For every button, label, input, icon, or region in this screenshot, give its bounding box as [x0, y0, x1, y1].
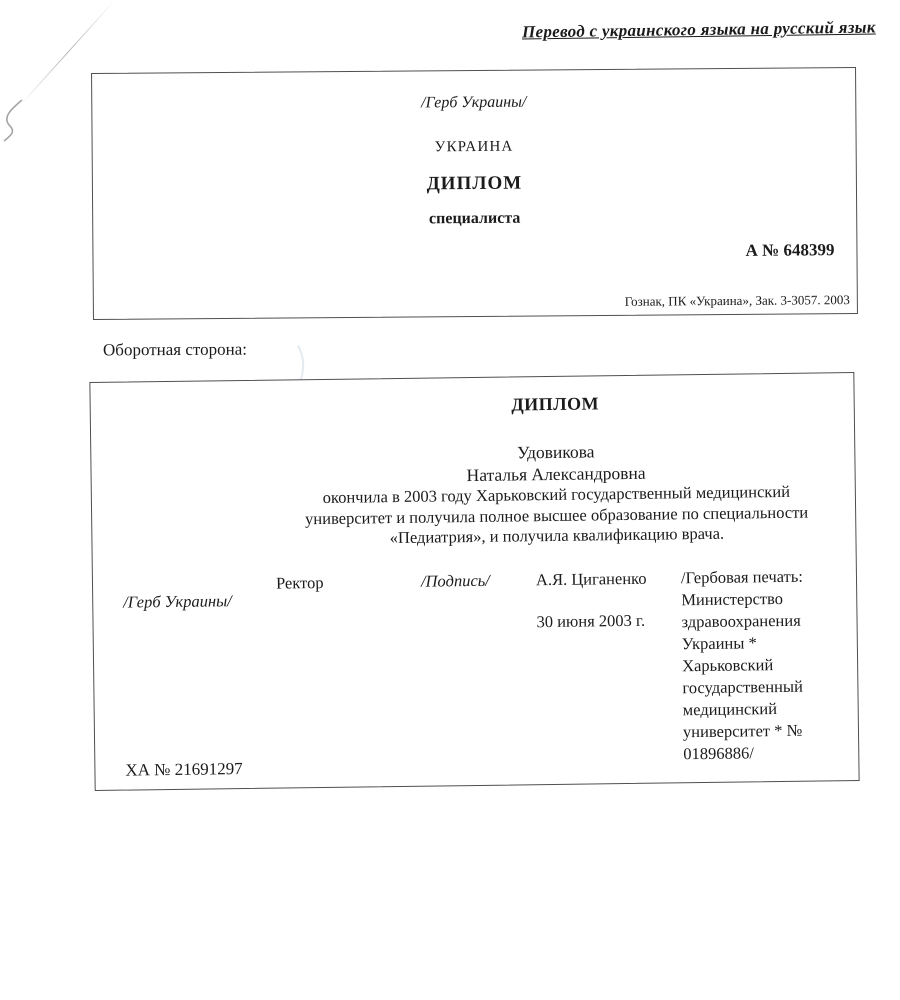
diploma-back-box: ДИПЛОМ Удовикова Наталья Александровна о… — [89, 372, 859, 791]
signatory-title: Ректор — [276, 571, 424, 771]
signatory-block: А.Я. Циганенко 30 июня 2003 г. — [536, 567, 684, 767]
diploma-front-box: /Герб Украины/ УКРАИНА ДИПЛОМ специалист… — [91, 67, 858, 320]
back-diploma-title: ДИПЛОМ — [257, 389, 854, 420]
signature-row: /Герб Украины/ Ректор /Подпись/ А.Я. Циг… — [93, 565, 859, 773]
seal-note: /Гербовая печать: Министерство здравоохр… — [681, 565, 859, 765]
front-diploma-subtitle: специалиста — [93, 206, 856, 233]
country-name: УКРАИНА — [93, 135, 856, 160]
signatory-name: А.Я. Циганенко — [536, 567, 681, 590]
front-serial-number: А № 648399 — [93, 239, 856, 267]
front-emblem-note: /Герб Украины/ — [92, 90, 855, 116]
scanned-document-page: Перевод с украинского языка на русский я… — [0, 0, 900, 1000]
front-diploma-title: ДИПЛОМ — [93, 169, 856, 200]
issue-date: 30 июня 2003 г. — [536, 609, 681, 632]
back-emblem-note: /Герб Украины/ — [123, 572, 279, 772]
back-serial-number: ХА № 21691297 — [125, 759, 243, 781]
diploma-body-text: окончила в 2003 году Харьковский государ… — [258, 481, 856, 550]
reverse-side-label: Оборотная сторона: — [103, 340, 247, 361]
printing-house-note: Гознак, ПК «Украина», Зак. 3-3057. 2003 — [625, 292, 850, 310]
holder-name: Удовикова Наталья Александровна — [257, 437, 855, 489]
scan-artifact-squiggle — [0, 98, 26, 144]
back-centered-text-block: ДИПЛОМ Удовикова Наталья Александровна о… — [257, 389, 856, 551]
translation-note: Перевод с украинского языка на русский я… — [522, 18, 876, 43]
signature-note: /Подпись/ — [421, 569, 539, 768]
